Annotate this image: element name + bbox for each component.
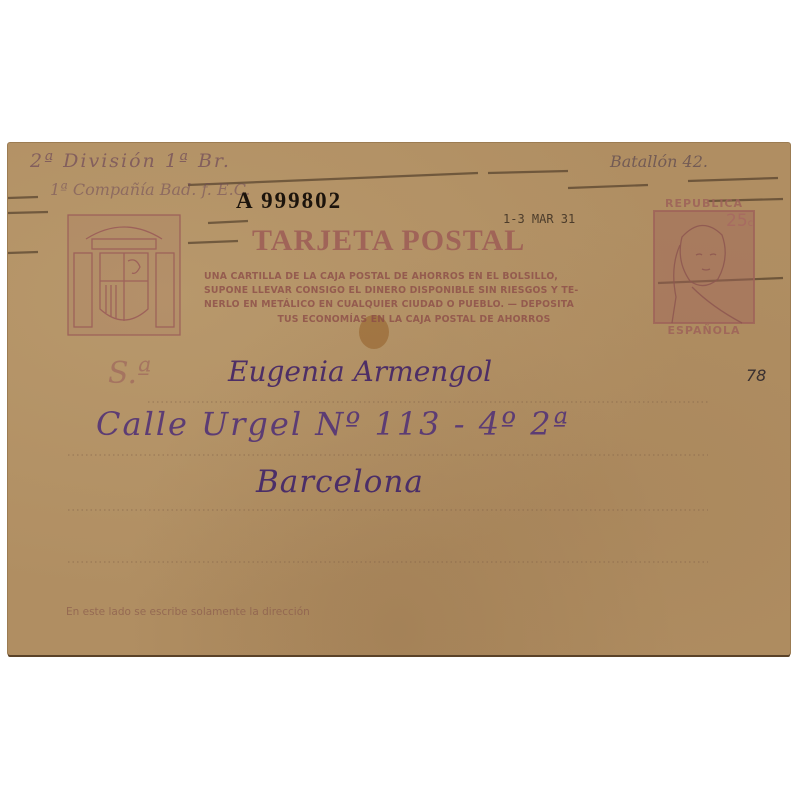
savings-line: TUS ECONOMÍAS EN LA CAJA POSTAL DE AHORR… [204, 313, 624, 327]
stamp-value: 25c [726, 211, 753, 231]
savings-line: UNA CARTILLA DE LA CAJA POSTAL DE AHORRO… [204, 271, 558, 282]
savings-line: NERLO EN METÁLICO EN CUALQUIER CIUDAD O … [204, 299, 574, 310]
sender-company: 1ª Compañía Bad. f. E.C. [50, 180, 251, 199]
address-side-note: En este lado se escribe solamente la dir… [66, 606, 310, 618]
coat-of-arms-icon [66, 213, 182, 337]
savings-notice: UNA CARTILLA DE LA CAJA POSTAL DE AHORRO… [204, 270, 624, 327]
margin-note: 78 [746, 366, 766, 385]
postage-stamp: REPUBLICA 25c ESPAÑOLA [652, 197, 756, 341]
savings-line: SUPONE LLEVAR CONSIGO EL DINERO DISPONIB… [204, 285, 578, 296]
sender-division: 2ª División 1ª Br. [30, 150, 231, 172]
card-title: TARJETA POSTAL [252, 224, 525, 258]
recipient-city: Barcelona [256, 464, 424, 500]
postmark-date: 1-3 MAR 31 [503, 212, 575, 226]
sender-battalion: Batallón 42. [610, 152, 708, 171]
stamp-value-unit: c [748, 218, 754, 229]
stamp-country: REPUBLICA [652, 197, 756, 210]
address-salutation: S.ª [108, 356, 151, 391]
stamp-country-name: ESPAÑOLA [652, 324, 756, 337]
stamp-value-number: 25 [726, 211, 748, 231]
recipient-street: Calle Urgel Nº 113 - 4º 2ª [96, 405, 570, 443]
serial-number: A 999802 [236, 188, 342, 214]
recipient-name: Eugenia Armengol [228, 355, 492, 388]
